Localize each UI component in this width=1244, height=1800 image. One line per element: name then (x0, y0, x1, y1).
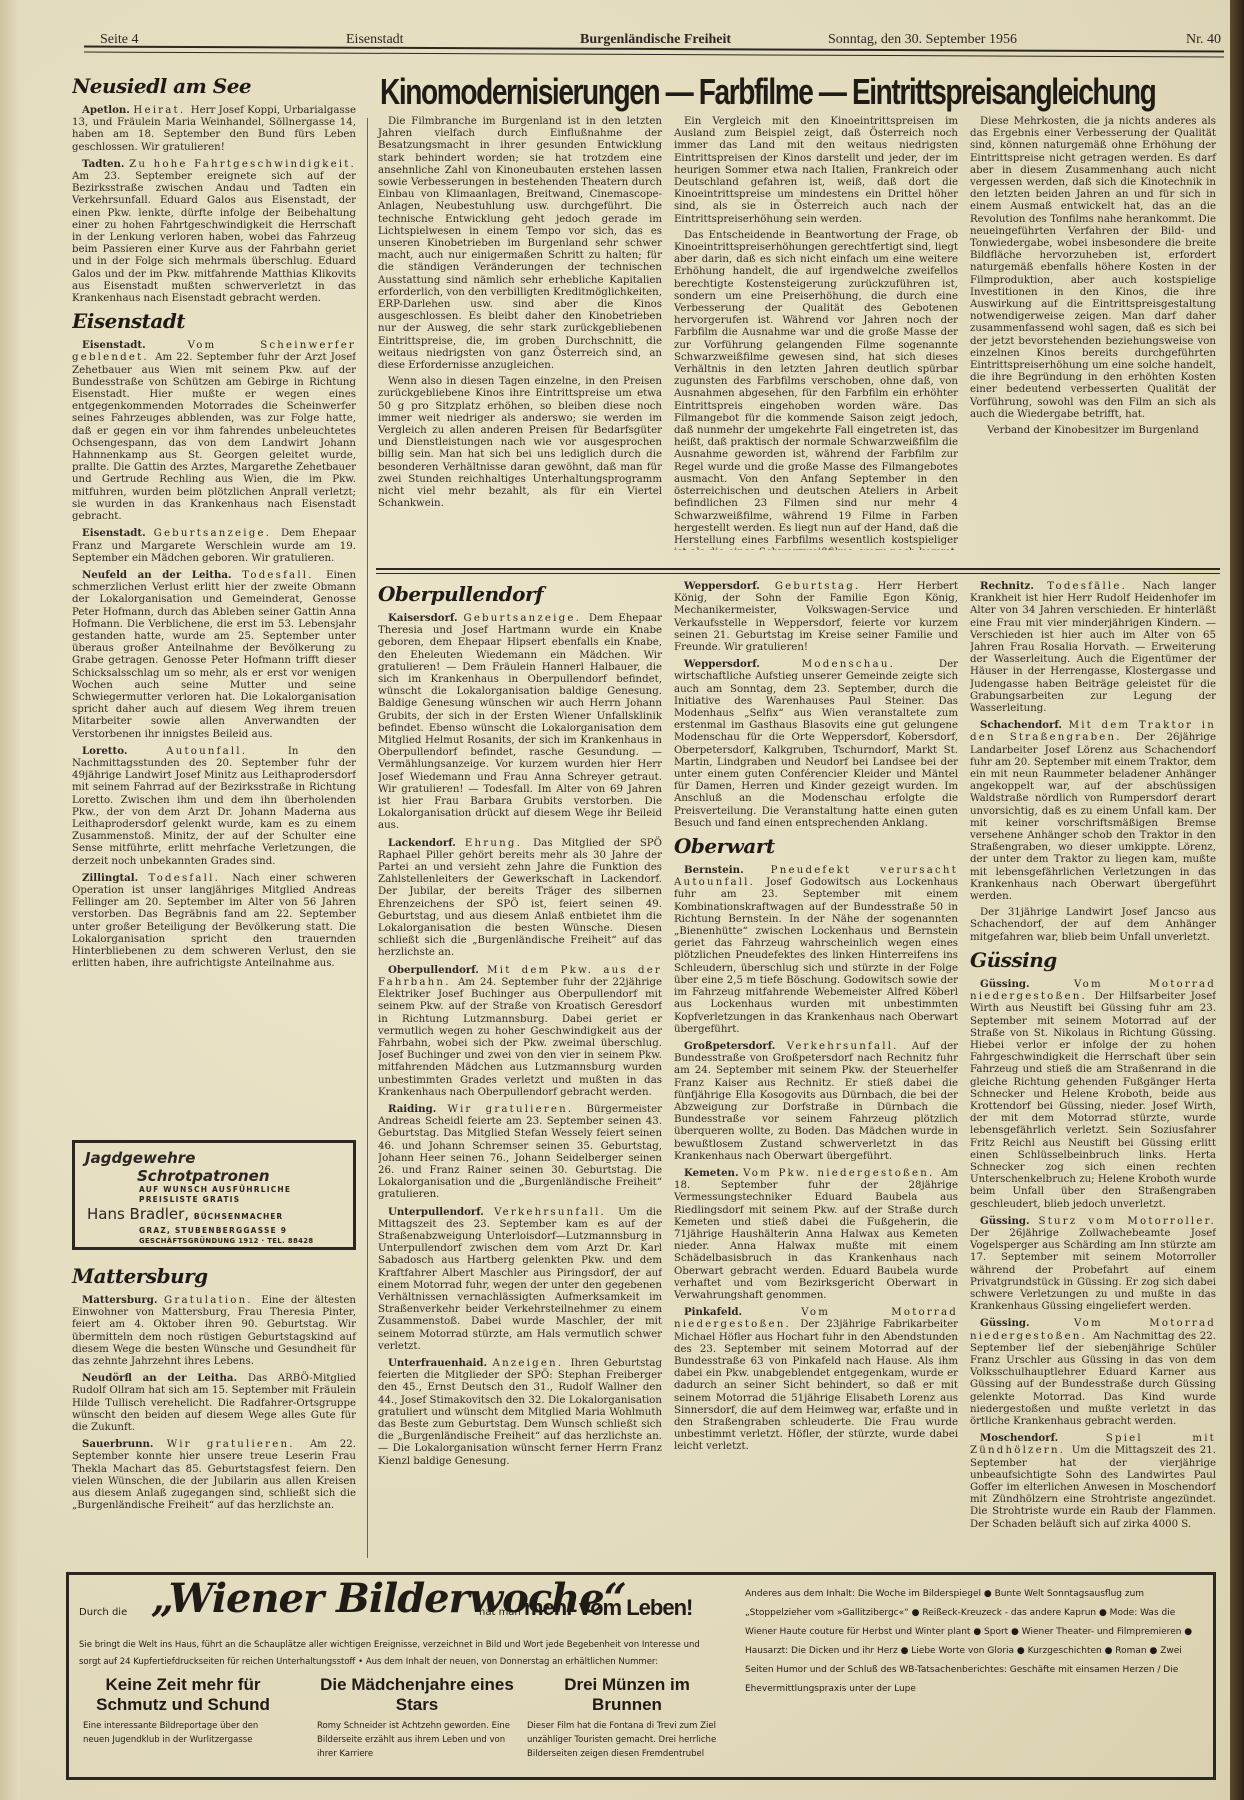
news-item: Güssing. Sturz vom Motorroller. Der 26jä… (970, 1215, 1216, 1314)
news-text: Am 23. September ereignete sich auf der … (72, 171, 356, 304)
ad-line-1: Jagdgewehre (85, 1149, 343, 1167)
news-place: Eisenstadt. (82, 339, 188, 351)
news-place: Kemeten. (684, 1167, 743, 1179)
ad-founded: GESCHÄFTSGRÜNDUNG 1912 · TEL. 88428 (85, 1236, 343, 1246)
news-text: Der wirtschaftliche Aufstieg unserer Gem… (674, 659, 958, 829)
news-item: Güssing. Vom Motorrad niedergestoßen. Am… (970, 1317, 1216, 1428)
news-text: Am 22. September fuhr der Arzt Josef Zeh… (72, 352, 356, 522)
magazine-advertisement: Durch die „Wiener Bilderwoche“ hat man m… (66, 1572, 1216, 1780)
news-place: Weppersdorf. (684, 658, 802, 670)
news-text: Der 26jährige Landarbeiter Josef Lörenz … (970, 732, 1216, 902)
news-item: Apetlon. Heirat. Herr Josef Koppi, Urbar… (72, 104, 356, 154)
news-place: Loretto. (82, 745, 166, 757)
news-text: Der 23jährige Fabrikarbeiter Michael Höf… (674, 1319, 958, 1452)
news-place: Weppersdorf. (684, 580, 775, 592)
news-item: Sauerbrunn. Wir gratulieren. Am 22. Sept… (72, 1438, 356, 1512)
news-item: Großpetersdorf. Verkehrsunfall. Auf der … (674, 1040, 958, 1163)
page-edge-right (1230, 0, 1244, 1800)
news-item: Schachendorf. Mit dem Traktor in den Str… (970, 719, 1216, 903)
news-topic: Geburtsanzeige. (463, 613, 588, 624)
section-title-oberwart: Oberwart (674, 834, 958, 858)
ad-line-4: PREISLISTE GRATIS (85, 1195, 343, 1205)
news-place: Raiding. (388, 1103, 447, 1115)
news-topic: Verkehrsunfall. (494, 1207, 618, 1218)
section-title-eisenstadt: Eisenstadt (72, 309, 356, 333)
news-topic: Anzeigen. (493, 1358, 571, 1369)
ad-tagline: hat man mehr vom Leben! (479, 1595, 692, 1621)
news-place: Neufeld an der Leitha. (82, 569, 242, 581)
news-topic: Verkehrsunfall. (787, 1041, 912, 1052)
news-item: Lackendorf. Ehrung. Das Mitglied der SPÖ… (378, 837, 662, 960)
news-topic: Autounfall. (166, 746, 288, 757)
ad-line-3: AUF WUNSCH AUSFÜHRLICHE (85, 1185, 343, 1195)
news-item: Neufeld an der Leitha. Todesfall. Einen … (72, 569, 356, 741)
news-place: Sauerbrunn. (82, 1438, 167, 1450)
news-item: Weppersdorf. Modenschau. Der wirtschaftl… (674, 658, 958, 830)
news-place: Kaisersdorf. (388, 612, 463, 624)
news-topic: Geburtstag. (775, 581, 878, 592)
ad-address: GRAZ, STUBENBERGGASSE 9 (85, 1226, 343, 1236)
news-text: Der 26jährige Zollwachebeamte Josef Voge… (970, 1228, 1216, 1312)
article-column-3: Diese Mehrkosten, die ja nichts anderes … (970, 116, 1216, 441)
news-item: Unterpullendorf. Verkehrsunfall. Um die … (378, 1206, 662, 1353)
news-place: Lackendorf. (388, 837, 465, 849)
news-item: Der 31jährige Landwirt Josef Jancso aus … (970, 907, 1216, 944)
news-topic: Todesfall. (149, 873, 233, 884)
news-topic: Heirat. (133, 105, 190, 116)
news-text: Am Nachmittag des 22. September lief der… (970, 1331, 1216, 1427)
news-text: Um die Mittagszeit des 23. September kam… (378, 1207, 662, 1352)
news-item: Moschendorf. Spiel mit Zündhölzern. Um d… (970, 1432, 1216, 1531)
news-text: Nach langer Krankheit ist hier Herr Rudo… (970, 581, 1216, 714)
news-place: Pinkafeld. (684, 1306, 801, 1318)
news-item: Rechnitz. Todesfälle. Nach langer Krankh… (970, 580, 1216, 715)
news-text: Auf der Bundesstraße von Großpetersdorf … (674, 1041, 958, 1162)
news-topic: Wir gratulieren. (447, 1104, 586, 1115)
news-place: Schachendorf. (980, 719, 1069, 731)
section-title-neusiedl: Neusiedl am See (72, 74, 356, 98)
news-text: Josef Godowitsch aus Lockenhaus fuhr am … (674, 877, 958, 1034)
news-item: Raiding. Wir gratulieren. Bürgermeister … (378, 1103, 662, 1202)
news-item: Güssing. Vom Motorrad niedergestoßen. De… (970, 978, 1216, 1211)
news-place: Unterfrauenhaid. (388, 1357, 493, 1369)
news-topic: Wir gratulieren. (167, 1439, 310, 1450)
ad-body: Sie bringt die Welt ins Haus, führt an d… (79, 1637, 719, 1671)
article-bottom-rule (376, 568, 1220, 574)
ad-feature-3: Drei Münzen im Brunnen Dieser Film hat d… (527, 1675, 727, 1761)
news-text: Der Hilfsarbeiter Josef Wirth aus Neusti… (970, 991, 1216, 1209)
article-column-2: Ein Vergleich mit den Kinoeintrittspreis… (674, 116, 958, 554)
news-text: Dem Ehepaar Theresia und Josef Hartmann … (378, 613, 662, 831)
news-place: Zillingtal. (82, 872, 149, 884)
news-topic: Todesfälle. (1047, 581, 1142, 592)
news-place: Mattersburg. (82, 1294, 164, 1306)
news-topic: Modenschau. (802, 659, 939, 670)
main-headline: Kinomodernisierungen — Farbfilme — Eintr… (380, 70, 1027, 114)
news-place: Oberpullendorf. (388, 964, 487, 976)
column-1-lower: Mattersburg Mattersburg. Gratulation. Ei… (72, 1262, 356, 1516)
page-edge-left (0, 0, 20, 1800)
news-text: Bürgermeister Andreas Scheidl feierte am… (378, 1104, 662, 1200)
article-column-1: Die Filmbranche im Burgenland ist in den… (378, 116, 662, 515)
news-text: Nach einer schweren Operation ist unser … (72, 873, 356, 969)
news-item: Kemeten. Vom Pkw. niedergestoßen. Am 18.… (674, 1167, 958, 1302)
paper-title: Burgenländische Freiheit (580, 32, 731, 48)
news-item: Unterfrauenhaid. Anzeigen. Ihren Geburts… (378, 1357, 662, 1468)
news-text: Einen schmerzlichen Verlust erlitt hier … (72, 570, 356, 740)
news-item: Tadten. Zu hohe Fahrtgeschwindigkeit. Am… (72, 158, 356, 305)
column-2: Oberpullendorf Kaisersdorf. Geburtsanzei… (378, 580, 662, 1565)
news-place: Neudörfl an der Leitha. (82, 1372, 248, 1384)
news-item: Loretto. Autounfall. In den Nachmittagss… (72, 745, 356, 868)
news-item: Kaisersdorf. Geburtsanzeige. Dem Ehepaar… (378, 612, 662, 833)
news-place: Bernstein. (684, 864, 771, 876)
ad-lead: Durch die (79, 1607, 127, 1618)
news-text: Am 18. September fuhr der 28jährige Verm… (674, 1168, 958, 1301)
news-topic: Zu hohe Fahrtgeschwindigkeit. (129, 159, 356, 170)
newspaper-page: Seite 4 Eisenstadt Burgenländische Freih… (0, 0, 1244, 1800)
column-4: Rechnitz. Todesfälle. Nach langer Krankh… (970, 580, 1216, 1565)
news-place: Tadten. (82, 158, 129, 170)
news-item: Zillingtal. Todesfall. Nach einer schwer… (72, 872, 356, 971)
news-text: Ihren Geburtstag feierten die Mitglieder… (378, 1358, 662, 1467)
column-divider (367, 118, 368, 1558)
news-item: Oberpullendorf. Mit dem Pkw. aus der Fah… (378, 964, 662, 1099)
ad-contents-list: Anderes aus dem Inhalt: Die Woche im Bil… (745, 1585, 1205, 1699)
news-item: Eisenstadt. Vom Scheinwerfer geblendet. … (72, 339, 356, 523)
news-text: Das Mitglied der SPÖ Raphael Piller gehö… (378, 838, 662, 959)
news-place: Unterpullendorf. (388, 1206, 494, 1218)
news-text: Um die Mittagszeit des 21. September hat… (970, 1445, 1216, 1529)
news-item: Eisenstadt. Geburtsanzeige. Dem Ehepaar … (72, 527, 356, 565)
news-topic: Sturz vom Motorroller. (1039, 1216, 1216, 1227)
news-topic: Vom Pkw. niedergestoßen. (743, 1168, 941, 1179)
article-paragraph-long: Das Entscheidende in Beantwortung der Fr… (674, 230, 958, 550)
ad-feature-2: Die Mädchenjahre eines Stars Romy Schnei… (317, 1675, 517, 1761)
news-place: Apetlon. (82, 104, 133, 116)
news-item: Bernstein. Pneudefekt verursacht Autounf… (674, 864, 958, 1036)
gun-advertisement: Jagdgewehre Schrotpatronen AUF WUNSCH AU… (72, 1140, 356, 1250)
issue-date: Sonntag, den 30. September 1956 (828, 32, 1017, 48)
news-item: Pinkafeld. Vom Motorrad niedergestoßen. … (674, 1306, 958, 1453)
section-title-guessing: Güssing (970, 948, 1216, 972)
news-text: Am 24. September fuhr der 22jährige Elek… (378, 977, 662, 1098)
news-item: Weppersdorf. Geburtstag. Herr Herbert Kö… (674, 580, 958, 654)
issue-number: Nr. 40 (1186, 32, 1221, 48)
news-place: Eisenstadt. (82, 527, 154, 539)
masthead-city: Eisenstadt (346, 32, 404, 48)
column-1: Neusiedl am See Apetlon. Heirat. Herr Jo… (72, 72, 356, 1134)
news-topic: Ehrung. (465, 838, 533, 849)
news-text: Der 31jährige Landwirt Josef Jancso aus … (970, 907, 1216, 942)
news-item: Mattersburg. Gratulation. Eine der ältes… (72, 1294, 356, 1368)
ad-feature-1: Keine Zeit mehr für Schmutz und Schund E… (83, 1675, 283, 1747)
column-3: Weppersdorf. Geburtstag. Herr Herbert Kö… (674, 580, 958, 1565)
news-item: Neudörfl an der Leitha. Das ARBÖ-Mitglie… (72, 1372, 356, 1434)
news-topic: Geburtsanzeige. (154, 528, 281, 539)
news-place: Güssing. (980, 1317, 1074, 1329)
news-place: Güssing. (980, 978, 1074, 990)
news-place: Moschendorf. (980, 1432, 1106, 1444)
news-topic: Todesfall. (242, 570, 326, 581)
news-place: Rechnitz. (980, 580, 1047, 592)
news-topic: Gratulation. (164, 1295, 261, 1306)
article-signature: Verband der Kinobesitzer im Burgenland (970, 425, 1216, 437)
news-text: In den Nachmittagsstunden des 20. Septem… (72, 746, 356, 867)
ad-vendor-trade: BÜCHSENMACHER (194, 1212, 283, 1221)
section-title-oberpullendorf: Oberpullendorf (378, 582, 662, 606)
section-title-mattersburg: Mattersburg (72, 1264, 356, 1288)
ad-line-2: Schrotpatronen (85, 1167, 343, 1185)
news-place: Güssing. (980, 1215, 1039, 1227)
news-place: Großpetersdorf. (684, 1040, 787, 1052)
ad-vendor-name: Hans Bradler, BÜCHSENMACHER (85, 1205, 343, 1226)
